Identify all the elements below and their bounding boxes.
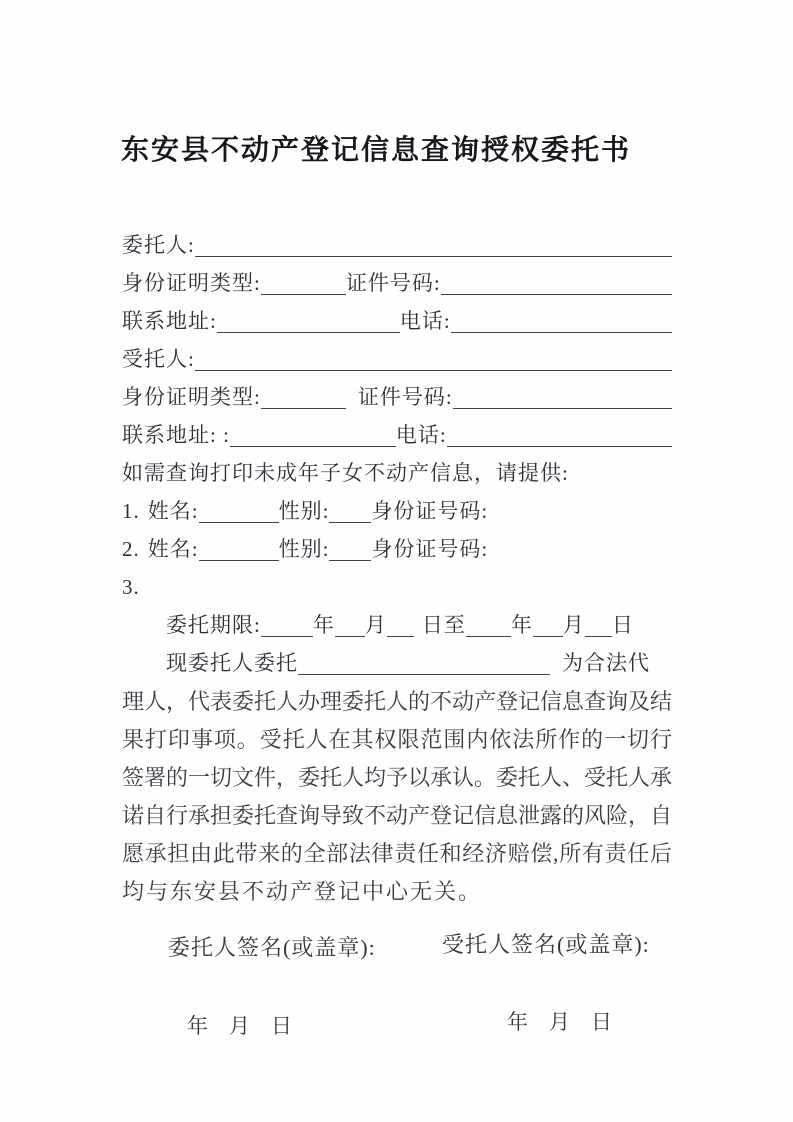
minor-1-gender-blank bbox=[329, 504, 371, 523]
minor-2-gender-blank bbox=[329, 542, 371, 561]
form-body: 委托人: 身份证明类型: 证件号码: 联系地址: 电话: 受托人: 身份证明类型… bbox=[122, 221, 672, 905]
principal-contact-row: 联系地址: 电话: bbox=[122, 297, 672, 335]
minor-item-1-row: 1. 姓名: 性别: 身份证号码: bbox=[122, 487, 672, 525]
agent-phone-blank bbox=[447, 428, 672, 447]
minor-1-name-blank bbox=[199, 504, 279, 523]
principal-name-blank bbox=[195, 238, 672, 257]
principal-phone-label: 电话: bbox=[400, 311, 451, 333]
principal-address-label: 联系地址: bbox=[122, 311, 217, 333]
agent-id-row: 身份证明类型: 证件号码: bbox=[122, 373, 672, 411]
principal-id-row: 身份证明类型: 证件号码: bbox=[122, 259, 672, 297]
minors-intro-row: 如需查询打印未成年子女不动产信息，请提供: bbox=[122, 449, 672, 487]
minor-1-name-label: 姓名: bbox=[148, 501, 199, 523]
agent-contact-row: 联系地址: : 电话: bbox=[122, 411, 672, 449]
page-title: 东安县不动产登记信息查询授权委托书 bbox=[121, 128, 631, 168]
term-end-day-blank bbox=[585, 618, 612, 637]
term-row: 委托期限: 年 月 日至 年 月 日 bbox=[122, 601, 672, 639]
minor-item-2-row: 2. 姓名: 性别: 身份证号码: bbox=[122, 525, 672, 563]
term-start-year-blank bbox=[261, 618, 313, 637]
minor-2-id-label: 身份证号码: bbox=[371, 539, 488, 561]
principal-name-row: 委托人: bbox=[122, 221, 672, 259]
scanned-document-page: 东安县不动产登记信息查询授权委托书 委托人: 身份证明类型: 证件号码: 联系地… bbox=[0, 0, 793, 1122]
entrust-row: 现委托人委托 为合法代 bbox=[122, 639, 672, 677]
term-start-day-blank bbox=[387, 618, 414, 637]
principal-id-type-blank bbox=[261, 276, 346, 295]
agent-id-type-label: 身份证明类型: bbox=[122, 387, 261, 409]
term-start-year-label: 年 bbox=[313, 615, 335, 637]
principal-date-label: 年 月 日 bbox=[187, 1010, 292, 1040]
agent-address-label: 联系地址: : bbox=[122, 425, 230, 447]
paragraph-line-4: 诺自行承担委托查询导致不动产登记信息泄露的风险，自 bbox=[122, 791, 672, 829]
term-end-month-label: 月 bbox=[563, 615, 585, 637]
agent-id-type-blank bbox=[261, 390, 346, 409]
agent-name-label: 受托人: bbox=[122, 349, 195, 371]
minor-1-id-label: 身份证号码: bbox=[371, 501, 488, 523]
paragraph-line-1: 理人，代表委托人办理委托人的不动产登记信息查询及结 bbox=[122, 677, 672, 715]
term-end-year-label: 年 bbox=[511, 615, 533, 637]
minor-1-number: 1. bbox=[122, 501, 140, 523]
term-end-month-blank bbox=[533, 618, 563, 637]
minors-intro-label: 如需查询打印未成年子女不动产信息，请提供: bbox=[122, 463, 569, 485]
principal-id-type-label: 身份证明类型: bbox=[122, 273, 261, 295]
entrust-agent-name-blank bbox=[298, 656, 550, 675]
paragraph-line-2: 果打印事项。受托人在其权限范围内依法所作的一切行为， bbox=[122, 715, 672, 753]
minor-2-gender-label: 性别: bbox=[279, 539, 330, 561]
agent-id-number-label: 证件号码: bbox=[358, 387, 453, 409]
entrust-suffix-label: 为合法代 bbox=[562, 653, 650, 675]
principal-id-number-label: 证件号码: bbox=[346, 273, 441, 295]
principal-name-label: 委托人: bbox=[122, 235, 195, 257]
principal-address-blank bbox=[217, 314, 400, 333]
agent-signature-label: 受托人签名(或盖章): bbox=[442, 928, 650, 959]
minor-2-name-label: 姓名: bbox=[148, 539, 199, 561]
minor-1-gender-label: 性别: bbox=[279, 501, 330, 523]
entrust-prefix-label: 现委托人委托 bbox=[166, 653, 298, 675]
term-start-month-blank bbox=[335, 618, 365, 637]
agent-date-label: 年 月 日 bbox=[507, 1006, 612, 1036]
term-label: 委托期限: bbox=[166, 615, 261, 637]
term-end-day-label: 日 bbox=[612, 615, 634, 637]
minor-item-3-row: 3. bbox=[122, 563, 672, 601]
minor-3-number: 3. bbox=[122, 577, 140, 599]
paragraph-line-3: 签署的一切文件，委托人均予以承认。委托人、受托人承 bbox=[122, 753, 672, 791]
agent-name-row: 受托人: bbox=[122, 335, 672, 373]
term-day-to-label: 日至 bbox=[422, 615, 466, 637]
minor-2-name-blank bbox=[199, 542, 279, 561]
agent-address-blank bbox=[230, 428, 396, 447]
principal-id-number-blank bbox=[441, 276, 672, 295]
principal-phone-blank bbox=[451, 314, 672, 333]
agent-name-blank bbox=[195, 352, 672, 371]
principal-signature-label: 委托人签名(或盖章): bbox=[168, 931, 376, 962]
agent-phone-label: 电话: bbox=[396, 425, 447, 447]
term-start-month-label: 月 bbox=[365, 615, 387, 637]
paragraph-line-6: 均与东安县不动产登记中心无关。 bbox=[122, 867, 672, 905]
minor-2-number: 2. bbox=[122, 539, 140, 561]
agent-id-number-blank bbox=[453, 390, 672, 409]
paragraph-line-5: 愿承担由此带来的全部法律责任和经济赔偿,所有责任后果 bbox=[122, 829, 672, 867]
term-end-year-blank bbox=[466, 618, 511, 637]
